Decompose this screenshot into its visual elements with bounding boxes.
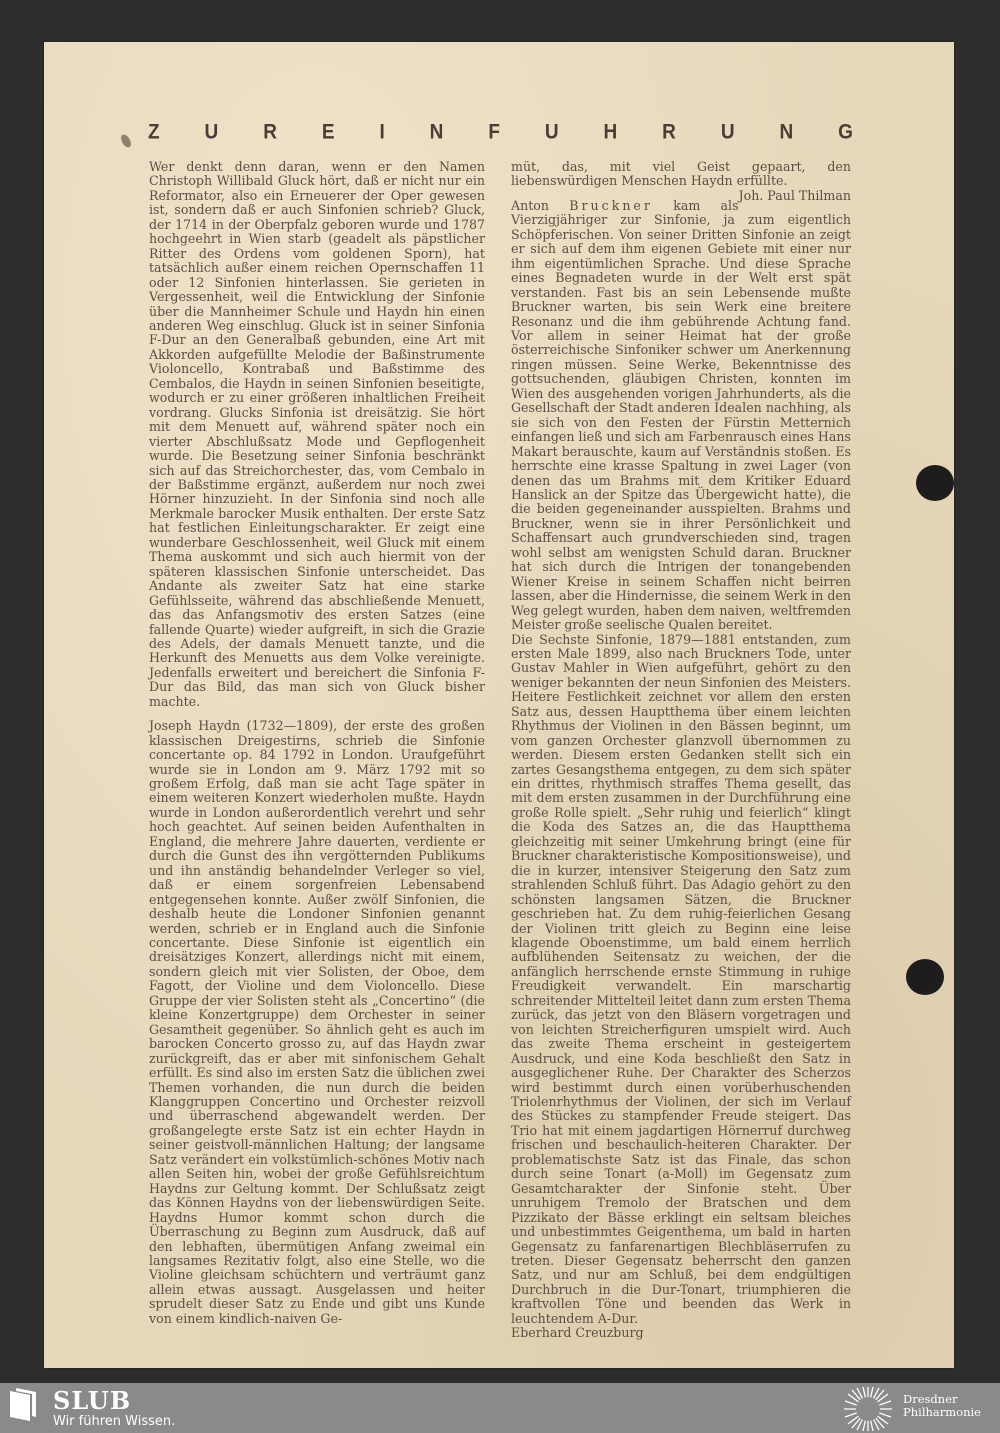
title-letter: E	[322, 121, 335, 145]
bruckner-paragraph: Anton Bruckner kam als Vierzigjähriger z…	[511, 199, 851, 633]
right-column: müt, das, mit viel Geist gepaart, den li…	[511, 160, 851, 1341]
author-signature: Eberhard Creuzburg	[511, 1326, 851, 1340]
haydn-continuation-text: müt, das, mit viel Geist gepaart, den li…	[511, 159, 851, 188]
title-letter: R	[263, 121, 277, 145]
title-letter: U	[545, 121, 559, 145]
title-letter: I	[379, 121, 384, 145]
bruckner-name: Bruckner	[569, 198, 653, 213]
author-signature: Joh. Paul Thilman	[739, 189, 851, 203]
title-letter: R	[662, 121, 676, 145]
punch-hole	[906, 959, 944, 995]
title-letter: N	[779, 121, 793, 145]
title-letter: N	[430, 121, 444, 145]
page-title: Z U R E I N F U H R U N G	[148, 121, 853, 145]
haydn-continuation: müt, das, mit viel Geist gepaart, den li…	[511, 160, 851, 189]
haydn-paragraph: Joseph Haydn (1732—1809), der erste des …	[149, 719, 485, 1326]
title-letter: Z	[148, 121, 160, 145]
title-letter: U	[205, 121, 219, 145]
title-letter: H	[604, 121, 618, 145]
ink-smudge	[119, 133, 133, 149]
footer-bar: SLUB Wir führen Wissen.	[0, 1383, 1000, 1433]
sixth-symphony-paragraph: Die Sechste Sinfonie, 1879—1881 entstand…	[511, 633, 851, 1327]
gluck-paragraph: Wer denkt denn daran, wenn er den Namen …	[149, 160, 485, 709]
bruckner-first-name: Anton	[511, 198, 549, 213]
dresdner-philharmonie-sunburst-icon	[843, 1386, 893, 1432]
dresdner-philharmonie-brand[interactable]: Dresdner Philharmonie	[903, 1393, 981, 1419]
slub-tagline: Wir führen Wissen.	[53, 1414, 175, 1429]
bruckner-text: kam als Vierzigjähriger zur Sinfonie, ja…	[511, 198, 851, 632]
title-letter: G	[838, 121, 853, 145]
punch-hole	[916, 465, 954, 501]
dp-brand-line2: Philharmonie	[903, 1406, 981, 1419]
title-letter: U	[721, 121, 735, 145]
title-letter: F	[488, 121, 500, 145]
left-column: Wer denkt denn daran, wenn er den Namen …	[149, 160, 485, 1326]
slub-book-icon	[8, 1387, 40, 1423]
slub-brand[interactable]: SLUB	[53, 1386, 131, 1415]
